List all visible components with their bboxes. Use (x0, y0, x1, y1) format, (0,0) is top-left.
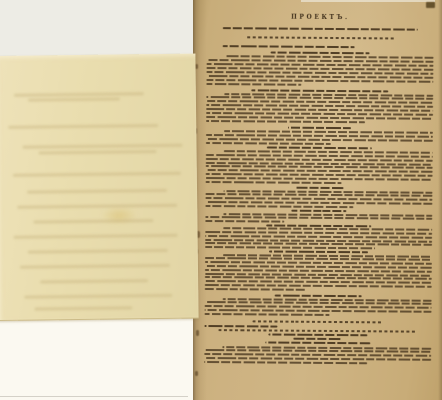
page-right-edge-shadow (438, 0, 442, 400)
body-text-line (206, 158, 433, 162)
body-text-line (206, 181, 342, 184)
heading-line (245, 36, 395, 40)
body-text-line (206, 66, 433, 70)
heading-line (252, 320, 384, 323)
show-through-text-line (8, 124, 158, 128)
show-through-text-line (13, 172, 181, 177)
body-text-line (224, 150, 433, 154)
seam-ink-mark (195, 371, 198, 376)
heading-line (270, 51, 370, 54)
body-text-line (206, 137, 433, 141)
body-text-line (205, 246, 375, 249)
printed-page: ПРОЕКТЪ. (193, 0, 442, 400)
body-text-line (222, 346, 431, 350)
heading-line (293, 338, 343, 341)
show-through-text-line (33, 219, 153, 223)
heading-line (292, 210, 346, 213)
body-text-line (206, 120, 365, 123)
heading-line (275, 295, 361, 298)
show-through-text-line (27, 189, 167, 193)
heading-line (267, 146, 371, 149)
heading-line (204, 324, 277, 327)
heading-line (268, 333, 368, 336)
show-through-text-line (14, 92, 144, 96)
body-text-line (224, 190, 433, 194)
body-text-line (206, 70, 433, 74)
document-title: ПРОЕКТЪ. (207, 13, 434, 22)
body-text-line (206, 74, 433, 78)
heading-line (269, 250, 369, 253)
show-through-text-line (24, 294, 172, 298)
scan-image: ПРОЕКТЪ. (0, 0, 442, 400)
body-text-line (205, 269, 432, 273)
body-text-line (205, 313, 330, 316)
body-text-line (206, 82, 301, 85)
heading-line (267, 224, 371, 227)
show-through-text-line (14, 234, 178, 239)
body-text-line (206, 112, 433, 116)
body-text-line (205, 284, 432, 288)
seam-ink-mark (196, 330, 199, 336)
heading-line (294, 187, 344, 190)
show-through-text-line (40, 279, 148, 283)
blank-folded-leaf (0, 54, 199, 321)
body-text-line (207, 58, 434, 62)
heading-line (223, 45, 355, 48)
background-edge-line (0, 396, 188, 397)
body-text-line (224, 93, 433, 97)
scanner-background-lower (0, 318, 197, 400)
heading-line (223, 27, 418, 31)
show-through-text-line (20, 264, 170, 268)
heading-line (266, 341, 370, 344)
body-text-line (205, 288, 307, 291)
body-text-line (205, 205, 353, 208)
heading-line (252, 89, 388, 92)
show-through-text-line (39, 150, 157, 154)
body-text-line (205, 231, 432, 235)
body-text-line (205, 235, 432, 239)
body-text-line (205, 265, 432, 269)
body-text-line (205, 220, 284, 223)
show-through-text-line (34, 306, 132, 310)
body-text-line (204, 361, 367, 364)
body-text-line (223, 298, 432, 302)
body-text-line (206, 78, 433, 82)
show-through-text-line (28, 97, 120, 101)
show-through-text-line (17, 204, 177, 208)
show-through-text-line (28, 249, 168, 253)
heading-line (218, 329, 418, 333)
body-text-line (206, 141, 331, 144)
body-text-line (223, 213, 432, 217)
body-text-line (223, 227, 432, 231)
body-text-line (206, 116, 433, 120)
body-text-line (224, 130, 433, 134)
body-text-line (225, 55, 434, 59)
body-text-line (206, 177, 433, 181)
body-text-line (206, 154, 433, 158)
body-text-line (206, 62, 433, 66)
heading-line (288, 126, 352, 129)
show-through-text-line (22, 144, 182, 148)
printed-page-content: ПРОЕКТЪ. (204, 0, 434, 400)
body-text-line (206, 133, 433, 137)
